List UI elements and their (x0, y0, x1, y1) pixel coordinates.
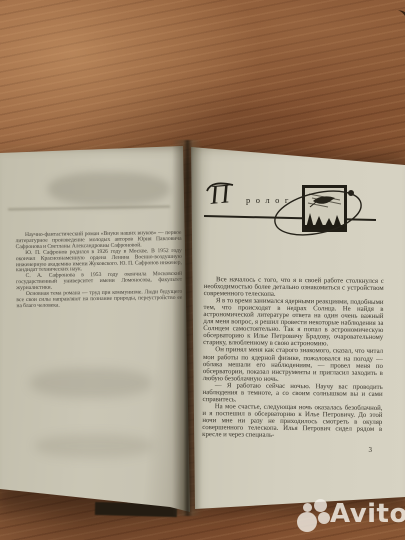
showthrough-smudge (35, 434, 153, 458)
orbit-ellipse-decoration (272, 181, 364, 243)
left-page: Научно-фантастический роман «Внуки наших… (0, 146, 190, 512)
showthrough-title-smudge (48, 172, 170, 206)
body-paragraph: На мое счастье, следующая ночь оказалась… (202, 403, 382, 440)
right-page: П ролог (186, 145, 405, 512)
avito-logo-icon (303, 503, 312, 512)
avito-logo-icon (318, 512, 330, 524)
body-paragraph: Все началось с того, что я в своей работ… (204, 276, 384, 299)
body-paragraph: — Я работаю сейчас ночью. Научу вас пров… (203, 382, 383, 405)
showthrough-line (8, 206, 170, 210)
photo-stage: Научно-фантастический роман «Внуки наших… (0, 0, 405, 540)
page-number: 3 (346, 446, 372, 454)
prologue-body-text: Все началось с того, что я в своей работ… (202, 276, 384, 440)
body-paragraph: Я в то время занимался ядерными реакциям… (203, 297, 384, 348)
avito-logo-icon (314, 499, 327, 512)
body-paragraph: Он принял меня как старого знакомого, ск… (203, 347, 383, 384)
prologue-initial-letter: П (209, 180, 231, 209)
satellite-dot (348, 190, 354, 196)
colophon-paragraph: Основная тема романа — труд при коммуниз… (16, 290, 182, 310)
avito-wordmark: Avito (330, 501, 405, 527)
showthrough-smudge (30, 368, 152, 398)
avito-watermark: Avito (294, 496, 405, 538)
avito-logo-icon (297, 512, 317, 532)
colophon-text: Научно-фантастический роман «Внуки наших… (15, 231, 182, 310)
